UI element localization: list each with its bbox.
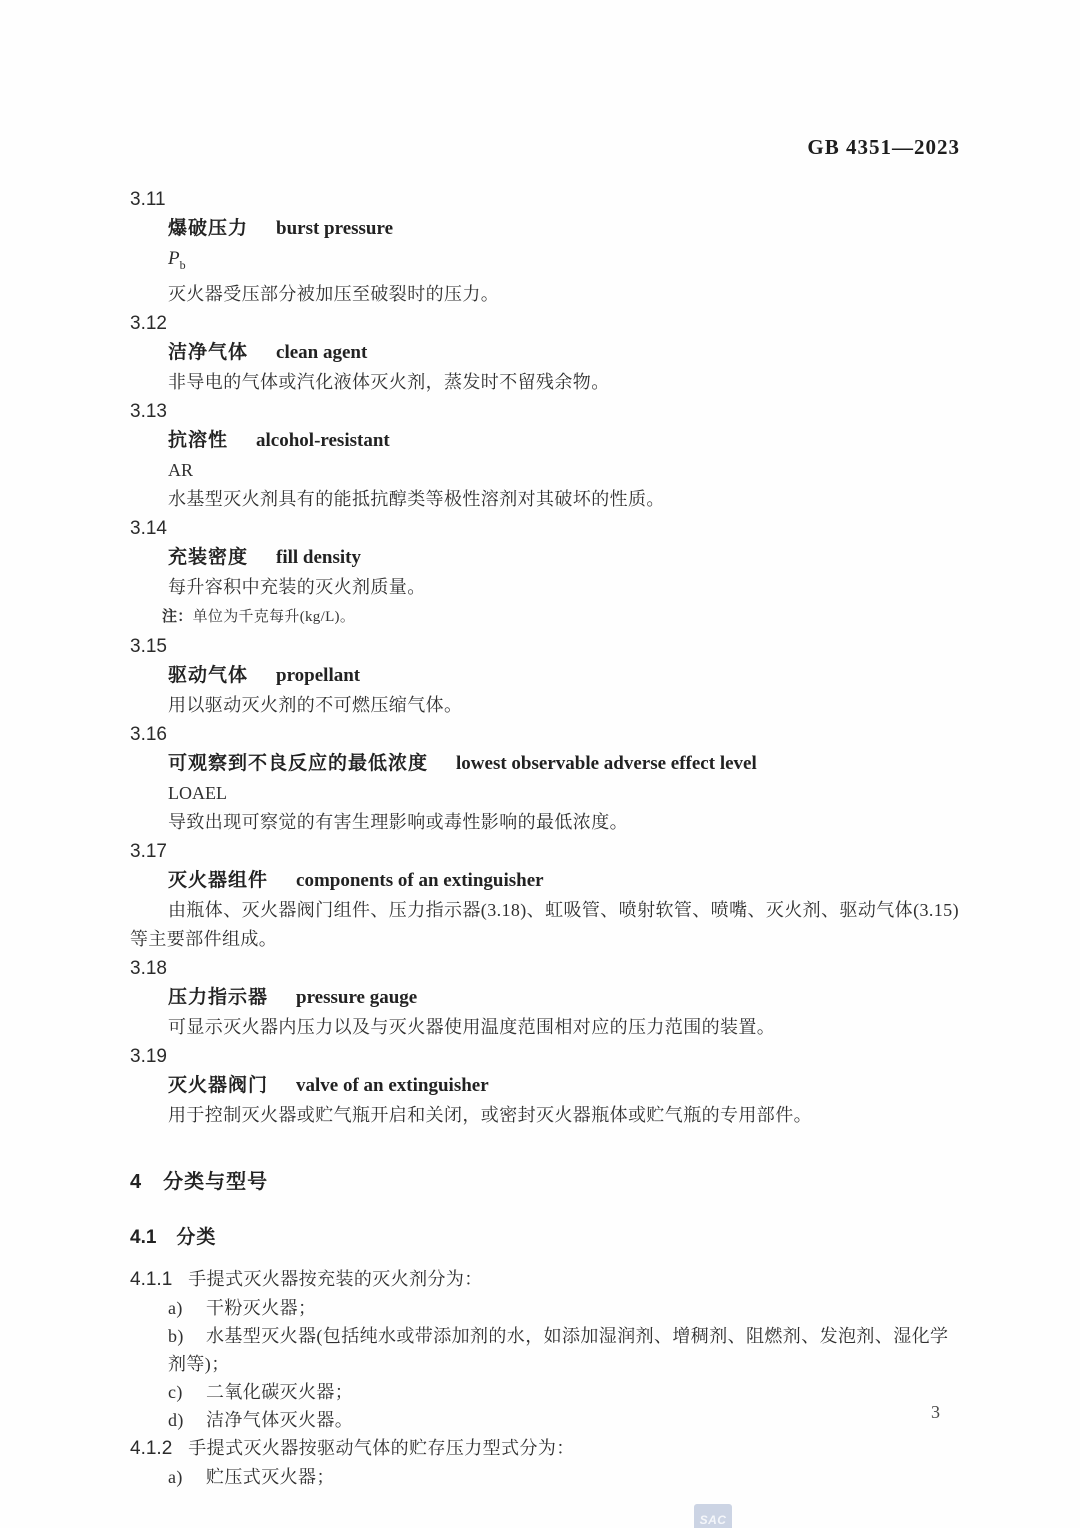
term-en: burst pressure [276, 218, 393, 239]
section-heading-4-1: 4.1分类 [130, 1223, 960, 1252]
term-en: pressure gauge [296, 987, 417, 1008]
section-title: 分类与型号 [163, 1171, 268, 1193]
clause-number: 3.16 [130, 720, 960, 749]
clause-number: 3.12 [130, 309, 960, 338]
list-item-label: d) [168, 1406, 190, 1434]
clause-3-12: 3.12 洁净气体 clean agent 非导电的气体或汽化液体灭火剂，蒸发时… [130, 309, 960, 397]
abbreviation: AR [130, 456, 960, 485]
document-page: GB 4351—2023 3.11 爆破压力 burst pressure Pb… [0, 0, 1080, 1528]
list-item-text: 二氧化碳灭火器； [206, 1382, 353, 1402]
clause-3-16: 3.16 可观察到不良反应的最低浓度 lowest observable adv… [130, 720, 960, 837]
sac-logo-watermark: SAC [694, 1504, 732, 1528]
term-zh: 抗溶性 [168, 430, 228, 451]
definition-text: 导致出现可察觉的有害生理影响或毒性影响的最低浓度。 [130, 808, 960, 837]
definition-text: 用于控制灭火器或贮气瓶开启和关闭，或密封灭火器瓶体或贮气瓶的专用部件。 [130, 1101, 960, 1130]
clause-3-14: 3.14 充装密度 fill density 每升容积中充装的灭火剂质量。 注：… [130, 514, 960, 632]
list-item-text: 水基型灭火器(包括纯水或带添加剂的水，如添加湿润剂、增稠剂、阻燃剂、发泡剂、湿化… [168, 1326, 948, 1374]
term-en: lowest observable adverse effect level [456, 753, 757, 774]
note-text: 单位为千克每升(kg/L)。 [193, 609, 356, 625]
clause-number: 3.14 [130, 514, 960, 543]
term-en: components of an extinguisher [296, 870, 544, 891]
term-en: valve of an extinguisher [296, 1075, 489, 1096]
definition-text: 每升容积中充装的灭火剂质量。 [130, 573, 960, 602]
symbol-main: P [168, 248, 180, 269]
clause-3-17: 3.17 灭火器组件 components of an extinguisher… [130, 837, 960, 954]
term-line: 压力指示器 pressure gauge [130, 983, 960, 1013]
clause-3-13: 3.13 抗溶性 alcohol-resistant AR 水基型灭火剂具有的能… [130, 397, 960, 514]
section-number: 4 [130, 1171, 141, 1193]
term-zh: 驱动气体 [168, 665, 248, 686]
page-content: GB 4351—2023 3.11 爆破压力 burst pressure Pb… [0, 0, 1080, 1491]
term-line: 抗溶性 alcohol-resistant [130, 426, 960, 456]
clause-number: 3.15 [130, 632, 960, 661]
clause-text: 手提式灭火器按驱动气体的贮存压力型式分为： [188, 1438, 574, 1458]
clause-3-15: 3.15 驱动气体 propellant 用以驱动灭火剂的不可燃压缩气体。 [130, 632, 960, 720]
clause-number: 4.1.2 [130, 1438, 172, 1459]
note-label: 注： [162, 608, 193, 625]
term-zh: 充装密度 [168, 547, 248, 568]
term-line: 可观察到不良反应的最低浓度 lowest observable adverse … [130, 749, 960, 779]
clause-number: 3.17 [130, 837, 960, 866]
list-item: a)贮压式灭火器； [130, 1463, 960, 1491]
clause-number: 4.1.1 [130, 1269, 172, 1290]
list-item-text: 洁净气体灭火器。 [206, 1410, 353, 1430]
term-en: clean agent [276, 342, 367, 363]
doc-code: GB 4351—2023 [130, 135, 960, 159]
term-line: 充装密度 fill density [130, 543, 960, 573]
symbol-line: Pb [130, 244, 960, 280]
definition-text: 用以驱动灭火剂的不可燃压缩气体。 [130, 691, 960, 720]
clause-4-1-1: 4.1.1手提式灭火器按充装的灭火剂分为： [130, 1265, 960, 1294]
term-en: alcohol-resistant [256, 430, 390, 451]
term-zh: 压力指示器 [168, 987, 268, 1008]
clause-3-19: 3.19 灭火器阀门 valve of an extinguisher 用于控制… [130, 1042, 960, 1130]
term-line: 洁净气体 clean agent [130, 338, 960, 368]
term-zh: 洁净气体 [168, 342, 248, 363]
list-item-label: c) [168, 1378, 190, 1406]
term-line: 爆破压力 burst pressure [130, 214, 960, 244]
term-zh: 灭火器阀门 [168, 1075, 268, 1096]
list-item: c)二氧化碳灭火器； [130, 1378, 960, 1406]
definition-text: 水基型灭火剂具有的能抵抗醇类等极性溶剂对其破坏的性质。 [130, 485, 960, 514]
list-item-text: 干粉灭火器； [206, 1298, 316, 1318]
page-number: 3 [931, 1402, 940, 1422]
term-zh: 爆破压力 [168, 218, 248, 239]
clause-text: 手提式灭火器按充装的灭火剂分为： [188, 1269, 482, 1289]
abbreviation: LOAEL [130, 779, 960, 808]
list-item-label: a) [168, 1294, 190, 1322]
clause-3-18: 3.18 压力指示器 pressure gauge 可显示灭火器内压力以及与灭火… [130, 954, 960, 1042]
list-item-label: a) [168, 1463, 190, 1491]
term-en: propellant [276, 665, 360, 686]
term-zh: 灭火器组件 [168, 870, 268, 891]
clause-number: 3.19 [130, 1042, 960, 1071]
list-item: a)干粉灭火器； [130, 1294, 960, 1322]
list-item: b)水基型灭火器(包括纯水或带添加剂的水，如添加湿润剂、增稠剂、阻燃剂、发泡剂、… [130, 1322, 960, 1378]
clause-number: 3.13 [130, 397, 960, 426]
list-item: d)洁净气体灭火器。 [130, 1406, 960, 1434]
clause-4-1-2: 4.1.2手提式灭火器按驱动气体的贮存压力型式分为： [130, 1434, 960, 1463]
term-en: fill density [276, 547, 361, 568]
list-item-text: 贮压式灭火器； [206, 1467, 335, 1487]
definition-text: 由瓶体、灭火器阀门组件、压力指示器(3.18)、虹吸管、喷射软管、喷嘴、灭火剂、… [130, 896, 960, 954]
symbol-subscript: b [180, 258, 186, 272]
definition-text: 非导电的气体或汽化液体灭火剂，蒸发时不留残余物。 [130, 368, 960, 397]
section-heading-4: 4分类与型号 [130, 1168, 960, 1197]
note: 注：单位为千克每升(kg/L)。 [130, 602, 960, 632]
definition-text: 灭火器受压部分被加压至破裂时的压力。 [130, 280, 960, 309]
term-line: 灭火器组件 components of an extinguisher [130, 866, 960, 896]
definition-text: 可显示灭火器内压力以及与灭火器使用温度范围相对应的压力范围的装置。 [130, 1013, 960, 1042]
term-line: 灭火器阀门 valve of an extinguisher [130, 1071, 960, 1101]
list-item-label: b) [168, 1322, 190, 1350]
clause-3-11: 3.11 爆破压力 burst pressure Pb 灭火器受压部分被加压至破… [130, 185, 960, 309]
clause-number: 3.18 [130, 954, 960, 983]
section-title: 分类 [176, 1227, 216, 1248]
clause-number: 3.11 [130, 185, 960, 214]
section-number: 4.1 [130, 1227, 156, 1248]
term-line: 驱动气体 propellant [130, 661, 960, 691]
term-zh: 可观察到不良反应的最低浓度 [168, 753, 428, 774]
